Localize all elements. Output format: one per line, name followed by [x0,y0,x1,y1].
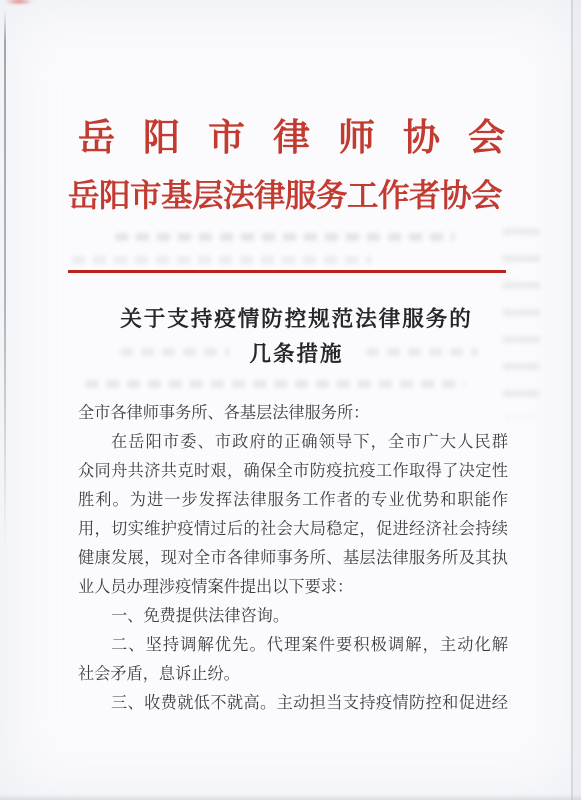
body-line: 社会矛盾，息诉止纷。 [78,660,508,689]
body-line: 业人员办理涉疫情案件提出以下要求： [78,573,508,602]
document-title-line-2: 几条措施 [12,337,581,372]
body-line: 二、坚持调解优先。代理案件要积极调解，主动化解 [78,631,508,660]
document-body: 全市各律师事务所、各基层法律服务所： 在岳阳市委、市政府的正确领导下，全市广大人… [78,399,508,718]
body-line: 在岳阳市委、市政府的正确领导下，全市广大人民群 [78,428,508,457]
body-line: 众同舟共济共克时艰，确保全市防疫抗疫工作取得了决定性 [78,457,508,486]
org-title-line-1: 岳阳市律师协会 [78,118,533,160]
salutation-line: 全市各律师事务所、各基层法律服务所： [78,399,508,428]
red-divider-rule [68,270,506,273]
scan-left-edge-line [4,10,6,550]
bleed-through-smudge [72,256,372,264]
body-line: 三、收费就低不就高。主动担当支持疫情防控和促进经 [78,689,508,718]
scan-bottom-edge-shade [0,794,581,800]
scan-right-edge-band [573,0,581,800]
org-title-line-2: 岳阳市基层法律服务工作者协会 [68,176,502,216]
document-title-line-1: 关于支持疫情防控规范法律服务的 [12,302,581,337]
document-body-lines: 在岳阳市委、市政府的正确领导下，全市广大人民群众同舟共济共克时艰，确保全市防疫抗… [78,428,508,718]
bleed-through-smudge [115,233,455,241]
document-title: 关于支持疫情防控规范法律服务的 几条措施 [0,302,581,372]
bleed-through-smudge [85,380,465,388]
scan-corner-red-smudge [5,0,33,5]
body-line: 健康发展，现对全市各律师事务所、基层法律服务所及其执 [78,544,508,573]
body-line: 胜利。为进一步发挥法律服务工作者的专业优势和职能作 [78,486,508,515]
body-line: 用，切实维护疫情过后的社会大局稳定，促进经济社会持续 [78,515,508,544]
scanned-document-page: 岳阳市律师协会 岳阳市基层法律服务工作者协会 关于支持疫情防控规范法律服务的 几… [0,0,581,800]
body-line: 一、免费提供法律咨询。 [78,602,508,631]
